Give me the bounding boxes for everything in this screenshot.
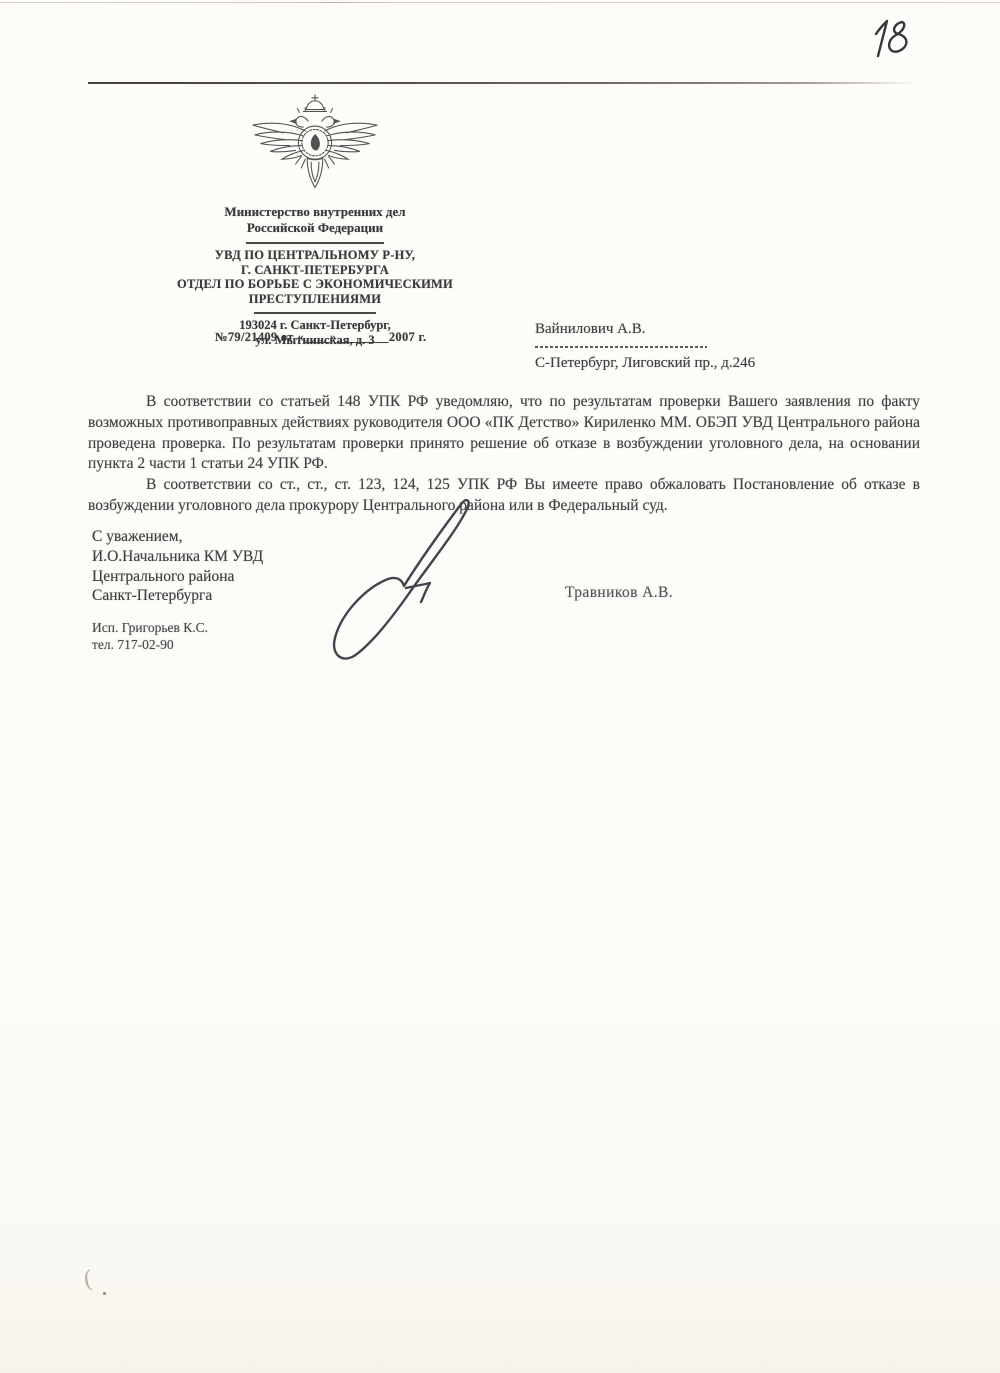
executor-name: Исп. Григорьев К.С. — [92, 620, 208, 637]
scan-artifact-dot — [103, 1292, 106, 1295]
closing-position-line3: Санкт-Петербурга — [92, 586, 263, 606]
body-paragraph-1: В соответствии со статьей 148 УПК РФ уве… — [88, 392, 920, 475]
outgoing-reference-number: №79/21409 от «____»________2007 г. — [215, 330, 426, 345]
letterhead: Министерство внутренних дел Российской Ф… — [115, 92, 515, 348]
body-paragraph-2: В соответствии со ст., ст., ст. 123, 124… — [88, 475, 920, 517]
scan-artifact-top-line — [0, 2, 1000, 3]
department-line1: УВД ПО ЦЕНТРАЛЬНОМУ Р-НУ, — [115, 248, 515, 263]
handwritten-page-number — [868, 12, 928, 72]
scan-artifact-paren-mark: ( — [82, 1266, 94, 1294]
closing-position-line2: Центрального района — [92, 567, 263, 587]
addressee-address: С-Петербург, Лиговский пр., д.246 — [535, 355, 835, 372]
signatory-name: Травников А.В. — [565, 584, 673, 602]
handwritten-signature — [320, 498, 490, 668]
department-line2: Г. САНКТ-ПЕТЕРБУРГА — [115, 263, 515, 278]
executor-block: Исп. Григорьев К.С. тел. 717-02-90 — [92, 620, 208, 653]
scanned-letter-page: Министерство внутренних дел Российской Ф… — [0, 0, 1000, 1373]
addressee-dashed-line — [535, 346, 707, 348]
letter-body: В соответствии со статьей 148 УПК РФ уве… — [88, 392, 920, 517]
letterhead-divider-line — [246, 242, 384, 244]
addressee-block: Вайнилович А.В. С-Петербург, Лиговский п… — [535, 320, 835, 372]
letterhead-divider-line2 — [254, 312, 376, 314]
closing-salutation: С уважением, — [92, 527, 263, 547]
executor-phone: тел. 717-02-90 — [92, 637, 208, 654]
closing-block: С уважением, И.О.Начальника КМ УВД Центр… — [92, 527, 263, 606]
mvd-eagle-emblem — [246, 92, 384, 204]
scan-artifact-horizontal-line — [88, 82, 933, 84]
department-line3: ОТДЕЛ ПО БОРЬБЕ С ЭКОНОМИЧЕСКИМИ ПРЕСТУП… — [115, 277, 515, 306]
ministry-name-line2: Российской Федерации — [115, 220, 515, 236]
ministry-name-line1: Министерство внутренних дел — [115, 204, 515, 220]
addressee-name: Вайнилович А.В. — [535, 320, 835, 338]
closing-position-line1: И.О.Начальника КМ УВД — [92, 547, 263, 567]
